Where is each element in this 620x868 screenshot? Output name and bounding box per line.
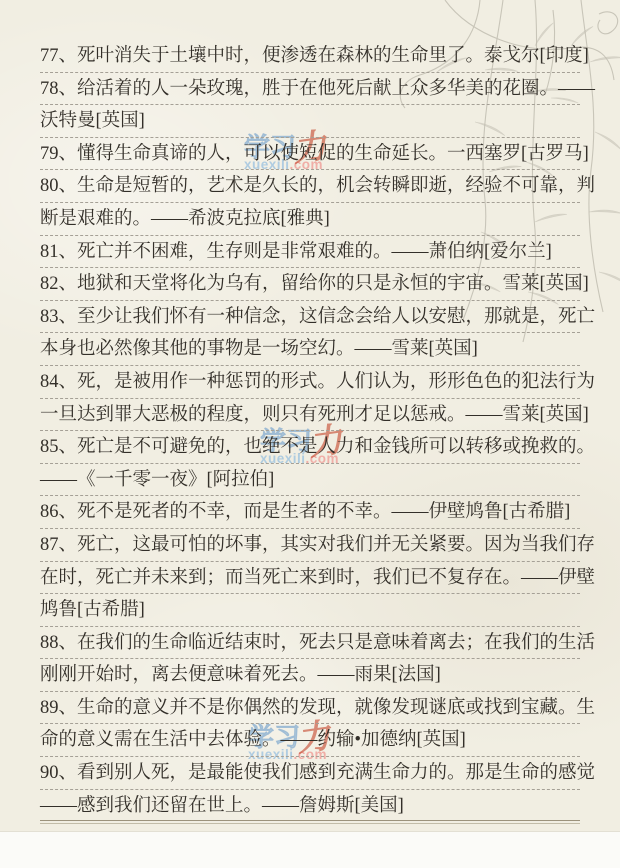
page-bottom-margin — [0, 832, 620, 868]
quote-line: 在时，死亡并未来到；而当死亡来到时，我们已不复存在。——伊壁 — [40, 562, 580, 595]
quote-line: 84、死，是被用作一种惩罚的形式。人们认为，形形色色的犯法行为 — [40, 366, 580, 399]
quote-line: 刚刚开始时，离去便意味着死去。——雨果[法国] — [40, 659, 580, 692]
quote-line: 一旦达到罪大恶极的程度，则只有死刑才足以惩戒。——雪莱[英国] — [40, 399, 580, 432]
quote-line: 命的意义需在生活中去体验。——约输•加德纳[英国] — [40, 724, 580, 757]
quote-line: 77、死叶消失于土壤中时，便渗透在森林的生命里了。泰戈尔[印度] — [40, 40, 580, 73]
page: 学习力 xuexili.com 学习力 xuexili.com 学习力 xuex… — [0, 0, 620, 868]
quote-line: ——《一千零一夜》[阿拉伯] — [40, 464, 580, 497]
quote-line: 81、死亡并不困难，生存则是非常艰难的。——萧伯纳[爱尔兰] — [40, 236, 580, 269]
quote-line: 鸠鲁[古希腊] — [40, 594, 580, 627]
quote-list: 77、死叶消失于土壤中时，便渗透在森林的生命里了。泰戈尔[印度]78、给活着的人… — [40, 40, 580, 822]
quote-line: ——感到我们还留在世上。——詹姆斯[美国] — [40, 790, 580, 823]
quote-line: 78、给活着的人一朵玫瑰，胜于在他死后献上众多华美的花圈。—— — [40, 73, 580, 106]
quote-line: 85、死亡是不可避免的，也绝不是人力和金钱所可以转移或挽救的。 — [40, 431, 580, 464]
quote-line: 89、生命的意义并不是你偶然的发现，就像发现谜底或找到宝藏。生 — [40, 692, 580, 725]
quote-line: 88、在我们的生命临近结束时，死去只是意味着离去；在我们的生活 — [40, 627, 580, 660]
bottom-rule — [40, 820, 580, 824]
quote-line: 沃特曼[英国] — [40, 105, 580, 138]
quote-line: 80、生命是短暂的，艺术是久长的，机会转瞬即逝，经验不可靠，判 — [40, 170, 580, 203]
quote-line: 82、地狱和天堂将化为乌有，留给你的只是永恒的宇宙。雪莱[英国] — [40, 268, 580, 301]
quote-line: 83、至少让我们怀有一种信念，这信念会给人以安慰，那就是，死亡 — [40, 301, 580, 334]
quote-line: 87、死亡，这最可怕的坏事，其实对我们并无关紧要。因为当我们存 — [40, 529, 580, 562]
quote-line: 86、死不是死者的不幸，而是生者的不幸。——伊壁鸠鲁[古希腊] — [40, 496, 580, 529]
quote-line: 本身也必然像其他的事物是一场空幻。——雪莱[英国] — [40, 333, 580, 366]
quote-line: 断是艰难的。——希波克拉底[雅典] — [40, 203, 580, 236]
paper-background: 学习力 xuexili.com 学习力 xuexili.com 学习力 xuex… — [0, 0, 620, 832]
quote-line: 79、懂得生命真谛的人，可以使短促的生命延长。一西塞罗[古罗马] — [40, 138, 580, 171]
quote-line: 90、看到别人死，是最能使我们感到充满生命力的。那是生命的感觉 — [40, 757, 580, 790]
